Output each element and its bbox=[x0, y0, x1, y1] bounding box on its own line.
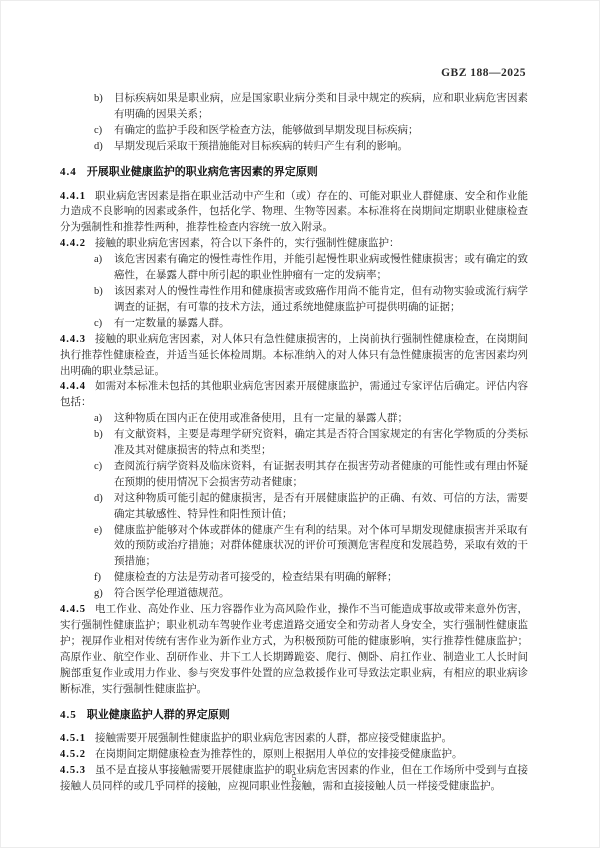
list-item: c)查阅流行病学资料及临床资料，有证据表明其存在损害劳动者健康的可能性或有理由怀… bbox=[60, 459, 528, 491]
clause-paragraph: 4.5.2在岗期间定期健康检查为推荐性的，原则上根据用人单位的安排接受健康监护。 bbox=[60, 747, 528, 763]
clause-text: 接触的职业病危害因素，对人体只有急性健康损害的，上岗前执行强制性健康检查，在岗期… bbox=[60, 334, 528, 377]
list-item-text: 有文献资料，主要是毒理学研究资料，确定其是否符合国家规定的有害化学物质的分类标准… bbox=[114, 429, 528, 456]
list-item-text: 这种物质在国内正在使用或准备使用，且有一定量的暴露人群； bbox=[114, 413, 408, 424]
lettered-list: b)目标疾病如果是职业病，应是国家职业病分类和目录中规定的疾病，应和职业病危害因… bbox=[60, 91, 528, 155]
page-number: 5 bbox=[60, 773, 528, 784]
list-item-text: 有一定数量的暴露人群。 bbox=[114, 318, 230, 329]
clause-number: 4.5.1 bbox=[60, 733, 86, 744]
list-item-text: 健康监护能够对个体或群体的健康产生有利的结果。对个体可早期发现健康损害并采取有效… bbox=[114, 525, 528, 568]
clause-number: 4.4.2 bbox=[60, 238, 86, 249]
list-item-marker: f) bbox=[94, 570, 101, 586]
list-item-marker: c) bbox=[94, 459, 102, 475]
list-item-marker: a) bbox=[94, 411, 102, 427]
list-item: d)对这种物质可能引起的健康损害，是否有开展健康监护的正确、有效、可信的方法，需… bbox=[60, 491, 528, 523]
section-heading: 4.4开展职业健康监护的职业病危害因素的界定原则 bbox=[60, 165, 528, 181]
list-item: c)有一定数量的暴露人群。 bbox=[60, 316, 528, 332]
document-body: b)目标疾病如果是职业病，应是国家职业病分类和目录中规定的疾病，应和职业病危害因… bbox=[60, 91, 528, 795]
clause-paragraph: 4.4.1职业病危害因素是指在职业活动中产生和（或）存在的、可能对职业人群健康、… bbox=[60, 189, 528, 237]
list-item-text: 符合医学伦理道德规范。 bbox=[114, 588, 230, 599]
clause-text: 接触的职业病危害因素，符合以下条件的，实行强制性健康监护： bbox=[95, 238, 400, 249]
list-item-text: 该危害因素有确定的慢性毒性作用，并能引起慢性职业病或慢性健康损害；或有确定的致癌… bbox=[114, 254, 528, 281]
clause-text: 电工作业、高处作业、压力容器作业为高风险作业，操作不当可能造成事故或带来意外伤害… bbox=[60, 604, 528, 695]
lettered-list: a)该危害因素有确定的慢性毒性作用，并能引起慢性职业病或慢性健康损害；或有确定的… bbox=[60, 252, 528, 332]
clause-paragraph: 4.4.2接触的职业病危害因素，符合以下条件的，实行强制性健康监护： bbox=[60, 236, 528, 252]
clause-text: 在岗期间定期健康检查为推荐性的，原则上根据用人单位的安排接受健康监护。 bbox=[95, 749, 463, 760]
clause-paragraph: 4.5.1接触需要开展强制性健康监护的职业病危害因素的人群，都应接受健康监护。 bbox=[60, 731, 528, 747]
list-item: e)健康监护能够对个体或群体的健康产生有利的结果。对个体可早期发现健康损害并采取… bbox=[60, 523, 528, 571]
list-item-marker: b) bbox=[94, 91, 103, 107]
list-item: f)健康检查的方法是劳动者可接受的，检查结果有明确的解释； bbox=[60, 570, 528, 586]
clause-number: 4.4.1 bbox=[60, 191, 86, 202]
clause-paragraph: 4.4.3接触的职业病危害因素，对人体只有急性健康损害的，上岗前执行强制性健康检… bbox=[60, 332, 528, 380]
list-item-marker: e) bbox=[94, 523, 102, 539]
list-item: a)这种物质在国内正在使用或准备使用，且有一定量的暴露人群； bbox=[60, 411, 528, 427]
list-item: d)早期发现后采取干预措施能对目标疾病的转归产生有利的影响。 bbox=[60, 139, 528, 155]
clause-paragraph: 4.4.4如需对本标准未包括的其他职业病危害因素开展健康监护，需通过专家评估后确… bbox=[60, 379, 528, 411]
list-item-text: 对这种物质可能引起的健康损害，是否有开展健康监护的正确、有效、可信的方法，需要确… bbox=[114, 493, 528, 520]
list-item-text: 健康检查的方法是劳动者可接受的，检查结果有明确的解释； bbox=[114, 572, 398, 583]
clause-number: 4.5.2 bbox=[60, 749, 86, 760]
heading-text: 职业健康监护人群的界定原则 bbox=[87, 709, 230, 721]
document-page: GBZ 188—2025 b)目标疾病如果是职业病，应是国家职业病分类和目录中规… bbox=[0, 0, 600, 848]
list-item-marker: d) bbox=[94, 139, 103, 155]
standard-number-header: GBZ 188—2025 bbox=[441, 67, 526, 79]
clause-text: 职业病危害因素是指在职业活动中产生和（或）存在的、可能对职业人群健康、安全和作业… bbox=[60, 191, 528, 234]
clause-text: 接触需要开展强制性健康监护的职业病危害因素的人群，都应接受健康监护。 bbox=[95, 733, 452, 744]
list-item-marker: c) bbox=[94, 123, 102, 139]
list-item-text: 该因素对人的慢性毒性作用和健康损害或致癌作用尚不能肯定，但有动物实验或流行病学调… bbox=[114, 286, 528, 313]
clause-number: 4.4.5 bbox=[60, 604, 86, 615]
list-item-text: 有确定的监护手段和医学检查方法，能够做到早期发现目标疾病； bbox=[114, 125, 419, 136]
list-item: a)该危害因素有确定的慢性毒性作用，并能引起慢性职业病或慢性健康损害；或有确定的… bbox=[60, 252, 528, 284]
list-item: c)有确定的监护手段和医学检查方法，能够做到早期发现目标疾病； bbox=[60, 123, 528, 139]
list-item: b)有文献资料，主要是毒理学研究资料，确定其是否符合国家规定的有害化学物质的分类… bbox=[60, 427, 528, 459]
list-item-marker: d) bbox=[94, 491, 103, 507]
clause-number: 4.4.3 bbox=[60, 334, 86, 345]
list-item-text: 目标疾病如果是职业病，应是国家职业病分类和目录中规定的疾病，应和职业病危害因素有… bbox=[114, 93, 528, 120]
clause-paragraph: 4.4.5电工作业、高处作业、压力容器作业为高风险作业，操作不当可能造成事故或带… bbox=[60, 602, 528, 697]
list-item: b)目标疾病如果是职业病，应是国家职业病分类和目录中规定的疾病，应和职业病危害因… bbox=[60, 91, 528, 123]
list-item-marker: g) bbox=[94, 586, 103, 602]
clause-text: 如需对本标准未包括的其他职业病危害因素开展健康监护，需通过专家评估后确定。评估内… bbox=[60, 381, 528, 408]
list-item-text: 查阅流行病学资料及临床资料，有证据表明其存在损害劳动者健康的可能性或有理由怀疑在… bbox=[114, 461, 528, 488]
lettered-list: a)这种物质在国内正在使用或准备使用，且有一定量的暴露人群；b)有文献资料，主要… bbox=[60, 411, 528, 602]
list-item: g)符合医学伦理道德规范。 bbox=[60, 586, 528, 602]
list-item-marker: b) bbox=[94, 284, 103, 300]
clause-number: 4.4 bbox=[60, 166, 77, 178]
list-item: b)该因素对人的慢性毒性作用和健康损害或致癌作用尚不能肯定，但有动物实验或流行病… bbox=[60, 284, 528, 316]
list-item-text: 早期发现后采取干预措施能对目标疾病的转归产生有利的影响。 bbox=[114, 141, 408, 152]
heading-text: 开展职业健康监护的职业病危害因素的界定原则 bbox=[87, 166, 318, 178]
list-item-marker: a) bbox=[94, 252, 102, 268]
list-item-marker: c) bbox=[94, 316, 102, 332]
clause-number: 4.4.4 bbox=[60, 381, 86, 392]
clause-number: 4.5 bbox=[60, 709, 77, 721]
list-item-marker: b) bbox=[94, 427, 103, 443]
section-heading: 4.5职业健康监护人群的界定原则 bbox=[60, 708, 528, 724]
